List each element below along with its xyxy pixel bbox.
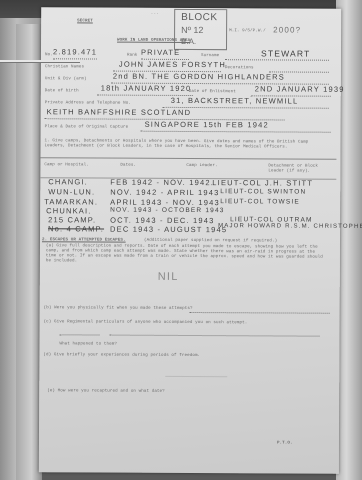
- divider: [40, 157, 336, 160]
- row-dates: NOV. 1943 - OCTOBER 1943: [110, 207, 224, 215]
- row-dates: NOV. 1942 - APRIL 1943: [110, 188, 219, 198]
- army-no-label: No.: [45, 53, 53, 58]
- capture-value: SINGAPORE 15th FEB 1942: [145, 120, 269, 130]
- row-leader: LIEUT-COL J.H. STITT: [212, 178, 313, 188]
- dob-label: Date of birth: [45, 89, 79, 94]
- question-2e: (e) How were you recaptured and on what …: [47, 389, 165, 395]
- surname-value: STEWART: [261, 48, 311, 58]
- row-camp: 215 CAMP.: [48, 215, 96, 224]
- decorations-label: Decorations: [225, 66, 254, 71]
- binding-string: [0, 60, 80, 62]
- address-line2: KEITH BANFFSHIRE SCOTLAND: [47, 107, 192, 117]
- stamp-number: Nº 12: [181, 25, 203, 35]
- question-2-heading: 2. ESCAPES OR ATTEMPTED ESCAPES.: [42, 238, 126, 243]
- top-left-header: SECRET: [77, 19, 93, 24]
- reference-label: M.I. 9/S/P.W./: [229, 29, 266, 34]
- army-no-value: 2.819.471: [53, 47, 97, 56]
- answer-2a: NIL: [158, 271, 179, 283]
- row-camp: WUN-LUN.: [48, 187, 95, 196]
- header-leader: Camp Leader.: [186, 164, 217, 169]
- row-leader: LIEUT-COL TOWSIE: [220, 198, 300, 205]
- question-2a: (a) Give full description and reports. D…: [46, 244, 328, 265]
- question-2b: (b) Were you physically fit when you mad…: [44, 306, 193, 312]
- christian-names-label: Christian Names: [45, 65, 84, 70]
- rank-value: PRIVATE: [141, 48, 180, 57]
- header-detachment: Detachment or Block Leader (if any).: [268, 164, 330, 174]
- row-leader: LIEUT-COL SWINTON: [220, 188, 306, 195]
- question-2d: (d) Give briefly your experiences during…: [43, 353, 200, 359]
- question-1: 1. Give camps, Detachments or Hospitals …: [44, 139, 328, 150]
- stamp-block-label: BLOCK: [181, 12, 217, 23]
- underlying-sheet-left-2: [16, 24, 42, 480]
- row-dates: DEC 1943 - AUGUST 1945: [110, 225, 227, 235]
- unit-value: 2nd BN. THE GORDON HIGHLANDERS: [113, 72, 285, 82]
- rank-label: Rank: [127, 54, 137, 59]
- pencil-mark: [165, 376, 227, 377]
- question-2-note: (Additional paper supplied on request if…: [144, 239, 277, 245]
- christian-names-value: JOHN JAMES FORSYTH: [119, 60, 226, 70]
- surname-label: Surname: [201, 54, 219, 59]
- dob-value: 18th JANUARY 1920: [101, 84, 192, 93]
- address-label: Private Address and Telephone No.: [45, 101, 131, 106]
- block-stamp: BLOCK Nº 12 B.A.: [174, 9, 227, 50]
- row-camp: CHUNKAI.: [46, 206, 91, 215]
- header-dates: Dates.: [120, 164, 136, 169]
- header-camp: Camp or Hospital.: [44, 163, 88, 168]
- row-leader: MAJOR HOWARD R.S.M. CHRISTOPHER: [218, 223, 362, 230]
- enlistment-value: 2ND JANUARY 1939: [255, 84, 345, 93]
- footer-pto: P.T.O.: [277, 441, 293, 446]
- question-2c: (c) Give Regimental particulars of anyon…: [44, 320, 248, 326]
- unit-label: Unit & Div (arm): [45, 77, 87, 82]
- enlistment-label: Date of Enlistment: [189, 90, 236, 95]
- question-2c-followup: What happened to them?: [59, 342, 117, 347]
- reference-number: 2000?: [273, 25, 301, 34]
- document-page: SECRET ... BLOCK Nº 12 B.A. M.I. 9/S/P.W…: [39, 7, 341, 474]
- row-camp: TAMARKAN.: [44, 197, 98, 206]
- row-camp: No. 4 CAMP.: [48, 224, 104, 233]
- address-line1: 31, BACKSTREET, NEWMILL: [171, 96, 299, 106]
- top-scribble: ...: [151, 10, 160, 16]
- row-camp: CHANGI.: [48, 177, 88, 186]
- form-title: WORK IN LAND OPERATIONS AREA: [117, 39, 190, 44]
- row-dates: FEB 1942 - NOV. 1942.: [110, 178, 214, 188]
- capture-label: Place & Date of Original Capture: [45, 125, 129, 130]
